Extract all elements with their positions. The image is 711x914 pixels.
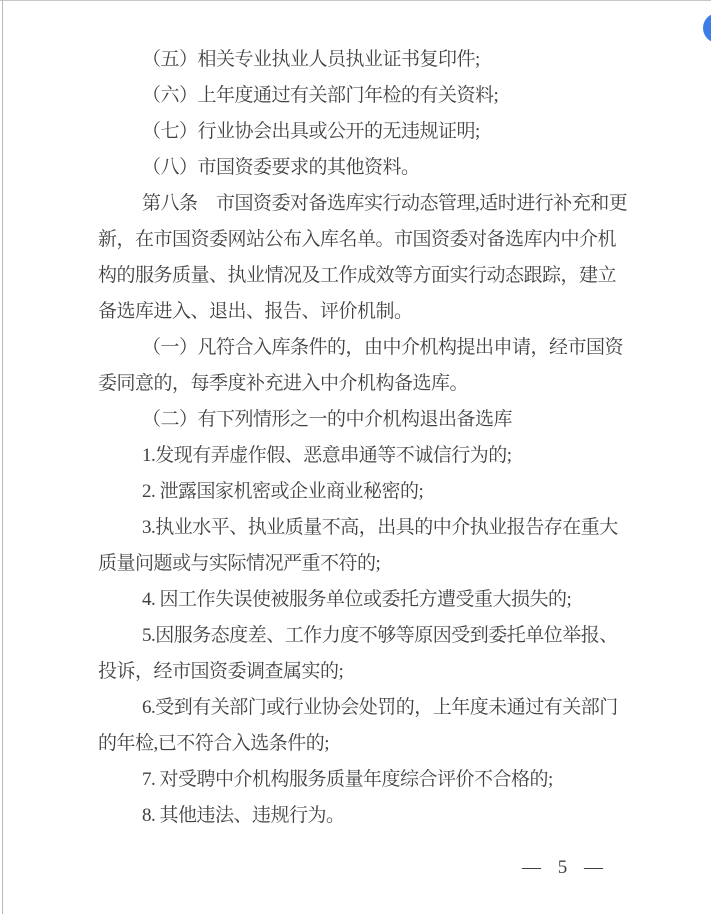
document-line-rule-5a: 5.因服务态度差、工作力度不够等原因受到委托单位举报、 [98, 618, 628, 654]
document-line-rule-1: 1.发现有弄虚作假、恶意串通等不诚信行为的; [98, 438, 628, 474]
document-line-rule-3a: 3.执业水平、执业质量不高，出具的中介执业报告存在重大 [98, 510, 628, 546]
document-line-rule-6a: 6.受到有关部门或行业协会处罚的，上年度未通过有关部门 [98, 690, 628, 726]
document-line-rule-6b: 的年检,已不符合入选条件的; [98, 726, 628, 762]
document-line-item-7: （七）行业协会出具或公开的无违规证明; [98, 114, 628, 150]
document-line-rule-3b: 质量问题或与实际情况严重不符的; [98, 546, 628, 582]
document-line-rule-2: 2. 泄露国家机密或企业商业秘密的; [98, 474, 628, 510]
page-top-border [0, 0, 711, 1]
document-line-article-8-2: 新，在市国资委网站公布入库名单。市国资委对备选库内中介机 [98, 222, 628, 258]
page-left-border [2, 0, 3, 914]
document-line-rule-8: 8. 其他违法、违规行为。 [98, 798, 628, 834]
document-page: （五）相关专业执业人员执业证书复印件; （六）上年度通过有关部门年检的有关资料;… [0, 0, 711, 914]
document-line-rule-4: 4. 因工作失误使被服务单位或委托方遭受重大损失的; [98, 582, 628, 618]
document-line-article-8-4: 备选库进入、退出、报告、评价机制。 [98, 294, 628, 330]
document-line-item-5: （五）相关专业执业人员执业证书复印件; [98, 42, 628, 78]
floating-circle-button[interactable] [703, 13, 711, 43]
document-line-article-8-3: 构的服务质量、执业情况及工作成效等方面实行动态跟踪，建立 [98, 258, 628, 294]
document-line-rule-7: 7. 对受聘中介机构服务质量年度综合评价不合格的; [98, 762, 628, 798]
document-line-clause-1a: （一）凡符合入库条件的，由中介机构提出申请，经市国资 [98, 330, 628, 366]
document-line-article-8-1: 第八条 市国资委对备选库实行动态管理,适时进行补充和更 [98, 186, 628, 222]
page-number: — 5 — [522, 850, 609, 886]
document-line-item-6: （六）上年度通过有关部门年检的有关资料; [98, 78, 628, 114]
document-line-rule-5b: 投诉，经市国资委调查属实的; [98, 654, 628, 690]
document-line-clause-2: （二）有下列情形之一的中介机构退出备选库 [98, 402, 628, 438]
document-body: （五）相关专业执业人员执业证书复印件; （六）上年度通过有关部门年检的有关资料;… [98, 42, 628, 834]
document-line-clause-1b: 委同意的，每季度补充进入中介机构备选库。 [98, 366, 628, 402]
document-line-item-8: （八）市国资委要求的其他资料。 [98, 150, 628, 186]
